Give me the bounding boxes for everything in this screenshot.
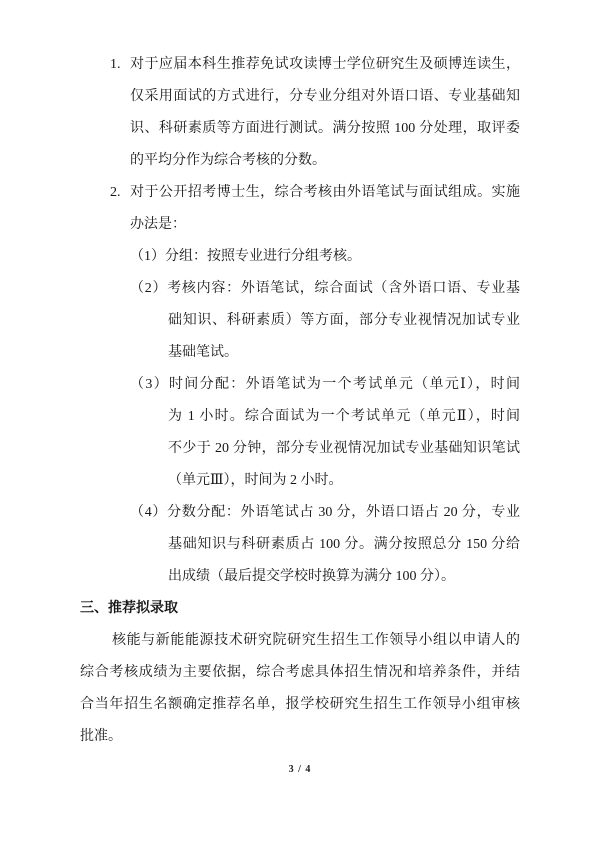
line-text: 合当年招生名额确定推荐名单，报学校研究生招生工作领导小组审核 — [80, 697, 520, 712]
text-line: （单元Ⅲ），时间为 2 小时。 — [80, 465, 520, 497]
line-text: 仅采用面试的方式进行，分专业分组对外语口语、专业基础知 — [130, 89, 520, 104]
document-body: 1.对于应届本科生推荐免试攻读博士学位研究生及硕博连读生，仅采用面试的方式进行，… — [80, 49, 520, 753]
list-number: 2. — [110, 177, 121, 209]
text-line: 础知识、科研素质）等方面，部分专业视情况加试专业 — [80, 305, 520, 337]
text-line: （1）分组：按照专业进行分组考核。 — [80, 241, 520, 273]
text-line: 核能与新能能源技术研究院研究生招生工作领导小组以申请人的 — [80, 625, 520, 657]
text-line: 出成绩（最后提交学校时换算为满分 100 分）。 — [80, 561, 520, 593]
line-text: 础知识、科研素质）等方面，部分专业视情况加试专业 — [168, 313, 520, 328]
text-line: （4）分数分配：外语笔试占 30 分，外语口语占 20 分，专业 — [80, 497, 520, 529]
line-text: 基础笔试。 — [168, 345, 238, 360]
line-text: （1）分组：按照专业进行分组考核。 — [130, 249, 361, 264]
page-number: 3 / 4 — [0, 764, 600, 775]
text-line: 2.对于公开招考博士生，综合考核由外语笔试与面试组成。实施 — [80, 177, 520, 209]
text-line: 识、科研素质等方面进行测试。满分按照 100 分处理，取评委 — [80, 113, 520, 145]
line-text: （2）考核内容：外语笔试，综合面试（含外语口语、专业基 — [130, 281, 520, 296]
text-line: （2）考核内容：外语笔试，综合面试（含外语口语、专业基 — [80, 273, 520, 305]
list-number: 1. — [110, 49, 121, 81]
text-line: 批准。 — [80, 721, 520, 753]
line-text: （单元Ⅲ），时间为 2 小时。 — [168, 473, 343, 488]
text-line: 基础笔试。 — [80, 337, 520, 369]
line-text: （4）分数分配：外语笔试占 30 分，外语口语占 20 分，专业 — [130, 505, 520, 520]
line-text: 对于应届本科生推荐免试攻读博士学位研究生及硕博连读生， — [130, 57, 520, 72]
section-heading: 三、推荐拟录取 — [80, 593, 520, 625]
text-line: （3）时间分配：外语笔试为一个考试单元（单元Ⅰ），时间 — [80, 369, 520, 401]
text-line: 不少于 20 分钟，部分专业视情况加试专业基础知识笔试 — [80, 433, 520, 465]
text-line: 为 1 小时。综合面试为一个考试单元（单元Ⅱ），时间 — [80, 401, 520, 433]
text-line: 仅采用面试的方式进行，分专业分组对外语口语、专业基础知 — [80, 81, 520, 113]
line-text: 不少于 20 分钟，部分专业视情况加试专业基础知识笔试 — [168, 441, 520, 456]
line-text: 对于公开招考博士生，综合考核由外语笔试与面试组成。实施 — [130, 185, 520, 200]
line-text: 核能与新能能源技术研究院研究生招生工作领导小组以申请人的 — [112, 633, 520, 648]
line-text: 批准。 — [80, 729, 122, 744]
line-text: 出成绩（最后提交学校时换算为满分 100 分）。 — [168, 569, 455, 584]
text-line: 办法是： — [80, 209, 520, 241]
line-text: 综合考核成绩为主要依据，综合考虑具体招生情况和培养条件，并结 — [80, 665, 520, 680]
text-line: 1.对于应届本科生推荐免试攻读博士学位研究生及硕博连读生， — [80, 49, 520, 81]
text-line: 合当年招生名额确定推荐名单，报学校研究生招生工作领导小组审核 — [80, 689, 520, 721]
line-text: 基础知识与科研素质占 100 分。满分按照总分 150 分给 — [168, 537, 520, 552]
line-text: 识、科研素质等方面进行测试。满分按照 100 分处理，取评委 — [130, 121, 520, 136]
text-line: 的平均分作为综合考核的分数。 — [80, 145, 520, 177]
text-line: 综合考核成绩为主要依据，综合考虑具体招生情况和培养条件，并结 — [80, 657, 520, 689]
line-text: 为 1 小时。综合面试为一个考试单元（单元Ⅱ），时间 — [168, 409, 520, 424]
document-page: 1.对于应届本科生推荐免试攻读博士学位研究生及硕博连读生，仅采用面试的方式进行，… — [0, 0, 600, 849]
line-text: 的平均分作为综合考核的分数。 — [130, 153, 326, 168]
text-line: 基础知识与科研素质占 100 分。满分按照总分 150 分给 — [80, 529, 520, 561]
line-text: 三、推荐拟录取 — [80, 601, 178, 616]
line-text: （3）时间分配：外语笔试为一个考试单元（单元Ⅰ），时间 — [130, 377, 520, 392]
line-text: 办法是： — [130, 217, 186, 232]
